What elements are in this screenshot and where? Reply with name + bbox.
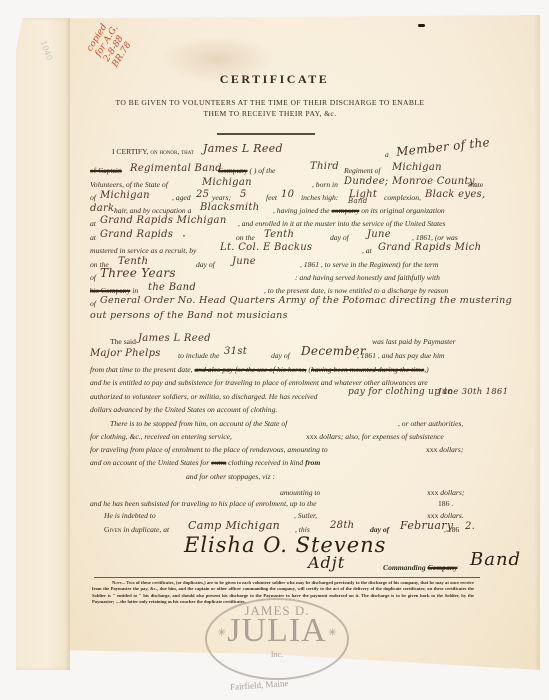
body-text: of bbox=[90, 273, 96, 283]
discharge-reason-field-2: out persons of the Band not musicians bbox=[90, 310, 288, 321]
body-text: and for other stoppages, viz : bbox=[186, 472, 275, 482]
mustering-officer-field: Lt. Col. E Backus bbox=[220, 242, 312, 253]
last-paid-day-field: 31st bbox=[224, 346, 247, 357]
clothing-date-field: June 30th 1861 bbox=[438, 387, 508, 398]
birth-state-field: Michigan bbox=[100, 190, 150, 201]
pencil-margin-note: 1040 bbox=[38, 39, 53, 61]
body-text: , and enrolled in it at the muster into … bbox=[238, 219, 445, 229]
note-rule bbox=[94, 577, 480, 578]
eyes-field: Black eyes, bbox=[425, 189, 485, 200]
body-text: There is to be stopped from him, on acco… bbox=[110, 419, 287, 429]
body-text: amounting to bbox=[280, 488, 320, 498]
body-text: xxx dollars; also, for expenses of subsi… bbox=[306, 432, 444, 442]
body-text: He is indebted to bbox=[104, 511, 156, 521]
term-field: Three Years bbox=[100, 268, 176, 279]
recruit-place-field: Grand Rapids Mich bbox=[378, 242, 481, 253]
body-text: of bbox=[90, 299, 96, 309]
document-subtitle: TO BE GIVEN TO VOLUNTEERS AT THE TIME OF… bbox=[80, 97, 460, 119]
body-text: , Sutler, bbox=[294, 511, 317, 521]
body-text: 186 . bbox=[438, 499, 453, 509]
body-text: for clothing, &c., received on entering … bbox=[90, 432, 232, 442]
body-text: day of bbox=[330, 233, 349, 243]
band-insert: Band bbox=[348, 196, 368, 207]
commanding-line: Commanding Company bbox=[383, 563, 458, 573]
body-text: , 186 bbox=[444, 525, 459, 535]
star-icon: ✳ bbox=[328, 626, 337, 639]
body-text: authorized to volunteer soldiers, or mil… bbox=[90, 392, 317, 402]
ink-blot bbox=[418, 24, 425, 27]
body-text: dollars advanced by the United States on… bbox=[90, 405, 277, 415]
body-text: , 1861 , and has pay due him bbox=[357, 351, 445, 361]
given-year-digit: 2. bbox=[465, 521, 475, 532]
auction-house-watermark: JAMES D. ✳ JULIA ✳ Inc. bbox=[205, 598, 349, 680]
body-text: , born in bbox=[312, 180, 338, 190]
volunteer-state-field: Michigan bbox=[202, 177, 252, 188]
body-text: day of bbox=[271, 351, 290, 361]
body-text: at bbox=[90, 219, 96, 229]
soldier-name-field: James L Reed bbox=[203, 143, 283, 154]
body-text: xxx dollars; bbox=[426, 445, 463, 455]
commanding-unit-field: Band bbox=[470, 549, 521, 570]
age-field: 25 bbox=[196, 189, 209, 200]
body-text: , aged bbox=[172, 193, 191, 203]
body-text: xxx dollars; bbox=[427, 488, 464, 498]
given-day-field: 28th bbox=[330, 520, 354, 531]
regiment-state-field: Michigan bbox=[392, 162, 442, 173]
pay-soldier-name-field: James L Reed bbox=[138, 333, 211, 344]
hair-field: dark bbox=[90, 203, 114, 214]
height-inches-field: 10 bbox=[281, 189, 294, 200]
height-feet-field: 5 bbox=[240, 189, 247, 200]
unit-field: Regimental Band bbox=[130, 163, 222, 174]
given-place-field: Camp Michigan bbox=[188, 520, 280, 531]
subtitle-line-2: THEM TO RECEIVE THEIR PAY, &c. bbox=[80, 108, 460, 119]
body-text: inches high: bbox=[301, 193, 338, 203]
muster-place-field: Grand Rapids bbox=[100, 229, 173, 240]
body-text: Volunteers, of the State of bbox=[90, 180, 168, 190]
signature: Elisha O. Stevens bbox=[184, 533, 386, 557]
body-text: Company ( ) of the bbox=[218, 166, 275, 176]
paymaster-field: Major Phelps bbox=[90, 348, 161, 359]
body-text: a bbox=[385, 150, 389, 160]
body-text: complexion, bbox=[384, 193, 421, 203]
subtitle-line-1: TO BE GIVEN TO VOLUNTEERS AT THE TIME OF… bbox=[80, 97, 460, 108]
watermark-location: Fairfield, Maine bbox=[230, 678, 289, 692]
organized-at-field: Grand Rapids Michigan bbox=[100, 215, 227, 226]
body-text: , having joined the company on its origi… bbox=[273, 206, 445, 216]
body-text: to include the bbox=[178, 351, 219, 361]
body-text: , 1861 , to serve in the Regiment) for t… bbox=[300, 260, 438, 270]
body-text: at bbox=[90, 233, 96, 243]
body-text: Regiment of bbox=[344, 166, 380, 176]
body-text: " bbox=[182, 233, 185, 243]
body-text: feet bbox=[266, 193, 277, 203]
page-edge-shadow bbox=[534, 15, 540, 670]
folded-margin-strip: 1040 bbox=[16, 18, 70, 670]
body-text: day of bbox=[196, 260, 215, 270]
body-text: , or other authorities, bbox=[398, 419, 463, 429]
muster-month-field: June bbox=[367, 229, 391, 240]
signature-title: Adjt bbox=[308, 553, 345, 572]
body-text: from that time to the present date, and … bbox=[90, 365, 429, 375]
given-line: Given in duplicate, at bbox=[104, 525, 169, 535]
body-text: for traveling from place of enrolment to… bbox=[90, 445, 328, 455]
birthplace-field: Dundee; Monroe County, bbox=[344, 176, 477, 187]
body-text: and he has been subsisted for traveling … bbox=[90, 499, 316, 509]
body-line-2: of Captain bbox=[90, 166, 122, 176]
body-text: was last paid by Paymaster bbox=[372, 337, 456, 347]
body-text: mustered in service as a recruit, by bbox=[90, 246, 196, 256]
document-title: CERTIFICATE bbox=[0, 72, 549, 87]
body-text: and on account of the United States for … bbox=[90, 458, 320, 468]
muster-day-field: Tenth bbox=[264, 229, 294, 240]
occupation-field: Blacksmith bbox=[200, 202, 259, 213]
body-text: : and having served honestly and faithfu… bbox=[295, 273, 440, 283]
recruit-month-field: June bbox=[232, 256, 256, 267]
body-line-1: I CERTIFY, on honor, that bbox=[112, 147, 194, 157]
body-text: of bbox=[90, 193, 96, 203]
regiment-number-field: Third bbox=[310, 161, 339, 172]
served-with-field: the Band bbox=[148, 282, 196, 293]
body-text: , at bbox=[362, 246, 372, 256]
discharge-reason-field-1: General Order No. Head Quarters Army of … bbox=[100, 295, 512, 306]
title-rule bbox=[217, 133, 315, 135]
body-text: The said bbox=[110, 337, 136, 347]
